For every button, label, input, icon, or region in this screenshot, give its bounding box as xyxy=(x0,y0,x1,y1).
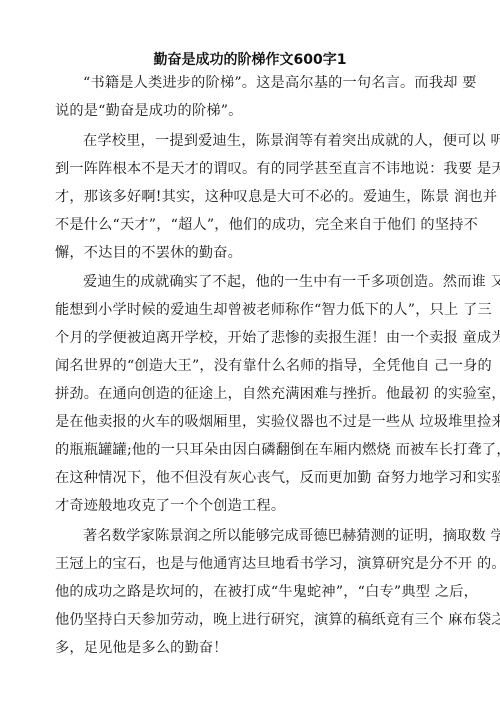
paragraph-line: 个月的学便被迫离开学校，开始了悲惨的卖报生涯！由一个卖报 童成为 xyxy=(55,328,450,348)
paragraph-line: 他的成功之路是坎坷的，在被打成“牛鬼蛇神”，“白专”典型 之后， xyxy=(55,582,450,602)
paragraph-line: 王冠上的宝石，也是与他通宵达旦地看书学习，演算研究是分不开 的。 xyxy=(55,554,450,574)
paragraph-line: 才，那该多好啊!其实，这种叹息是大可不必的。爱迪生，陈景 润也并 xyxy=(55,187,450,207)
paragraph-line: 他仍坚持白天参加劳动，晚上进行研究，演算的稿纸竟有三个 麻布袋之 xyxy=(55,610,450,630)
paragraph-line: 是在他卖报的火车的吸烟厢里，实验仪器也不过是一些从 垃圾堆里捡来 xyxy=(55,412,450,432)
paragraph-first-line: “书籍是人类进步的阶梯”。这是高尔基的一句名言。而我却 要 xyxy=(83,73,450,93)
paragraph-line: 在这种情况下，他不但没有灰心丧气，反而更加勤 奋努力地学习和实验， xyxy=(55,468,450,488)
paragraph-line: 懈，不达目的不罢休的勤奋。 xyxy=(55,243,450,263)
paragraph-line: 才奇迹般地攻克了一个个创造工程。 xyxy=(55,496,450,516)
paragraph-line: 多，足见他是多么的勤奋！ xyxy=(55,638,450,658)
paragraph-first-line: 在学校里，一提到爱迪生，陈景润等有着突出成就的人，便可以 听 xyxy=(83,131,450,151)
paragraph-line: 能想到小学时候的爱迪生却曾被老师称作“智力低下的人”，只上 了三 xyxy=(55,300,450,320)
paragraph-line: 到一阵阵根本不是天才的谓叹。有的同学甚至直言不讳地说：我要 是天 xyxy=(55,159,450,179)
paragraph-first-line: 爱迪生的成就确实了不起，他的一生中有一千多项创造。然而谁 又 xyxy=(83,272,450,292)
document-title: 勤奋是成功的阶梯作文600字1 xyxy=(0,50,500,70)
paragraph-line: 不是什么“天才”，“超人”，他们的成功，完全来自于他们 的坚持不 xyxy=(55,215,450,235)
paragraph-line: 拼劲。在通向创造的征途上，自然充满困难与挫折。他最初 的实验室， xyxy=(55,384,450,404)
paragraph-line: 的瓶瓶罐罐;他的一只耳朵由因白磷翻倒在车厢内燃烧 而被车长打聋了， xyxy=(55,440,450,460)
paragraph-first-line: 著名数学家陈景润之所以能够完成哥德巴赫猜测的证明，摘取数 学 xyxy=(83,526,450,546)
paragraph-line: 闻名世界的“创造大王”，没有靠什么名师的指导，全凭他自 己一身的 xyxy=(55,356,450,376)
paragraph-line: 说的是“勤奋是成功的阶梯”。 xyxy=(55,101,450,121)
